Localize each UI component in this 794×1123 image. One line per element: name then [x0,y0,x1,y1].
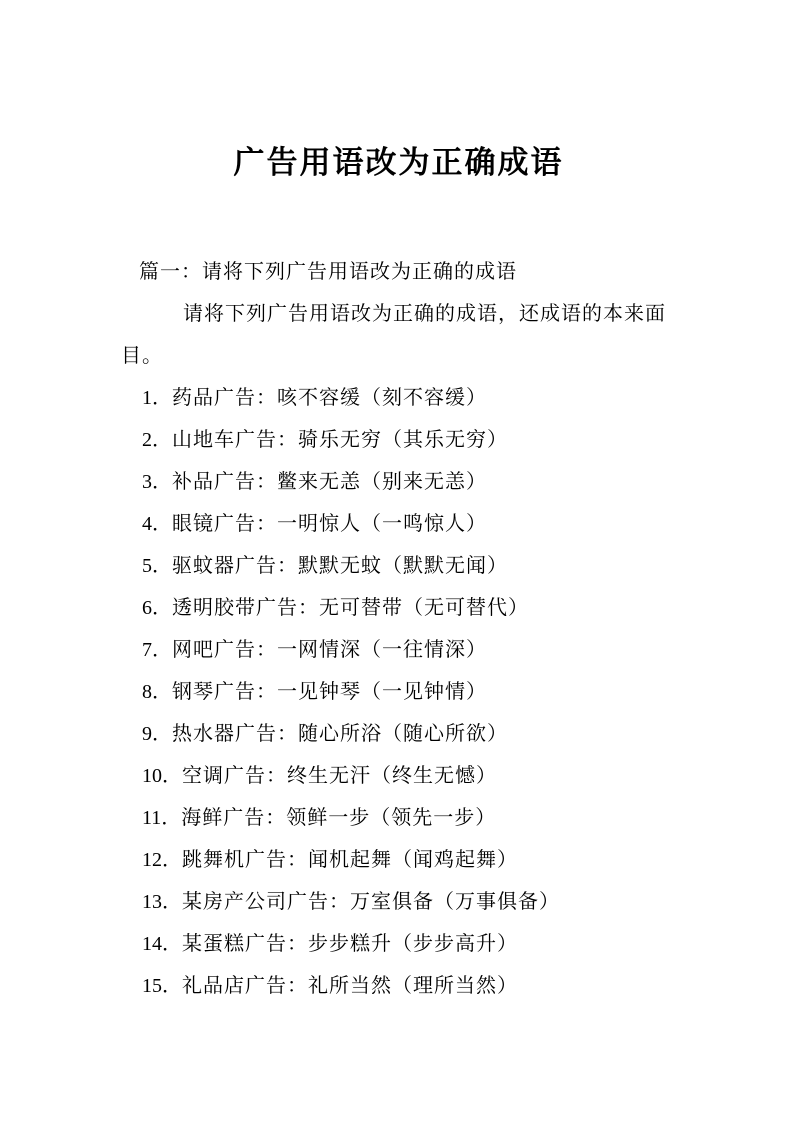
list-item-text: 空调广告：终生无汗（终生无憾） [182,765,497,787]
list-item: 6．透明胶带广告：无可替带（无可替代） [142,587,676,629]
list-item-text: 海鲜广告：领鲜一步（领先一步） [181,807,496,829]
list-item-text: 钢琴广告：一见钟琴（一见钟情） [172,681,487,703]
list-item-text: 眼镜广告：一明惊人（一鸣惊人） [172,513,487,535]
document-page: 广告用语改为正确成语 篇一：请将下列广告用语改为正确的成语 请将下列广告用语改为… [0,0,794,1123]
list-item: 9．热水器广告：随心所浴（随心所欲） [142,713,676,755]
list-item: 10．空调广告：终生无汗（终生无憾） [142,755,676,797]
list-item-text: 礼品店广告：礼所当然（理所当然） [182,975,518,997]
list-item-number: 15． [142,975,182,997]
idiom-list: 1．药品广告：咳不容缓（刻不容缓） 2．山地车广告：骑乐无穷（其乐无穷） 3．补… [121,377,676,1007]
document-title: 广告用语改为正确成语 [121,140,676,185]
list-item-text: 某房产公司广告：万室俱备（万事俱备） [182,891,560,913]
list-item: 1．药品广告：咳不容缓（刻不容缓） [142,377,676,419]
list-item-text: 补品广告：鳖来无恙（别来无恙） [172,471,487,493]
list-item-text: 山地车广告：骑乐无穷（其乐无穷） [172,429,508,451]
list-item: 11．海鲜广告：领鲜一步（领先一步） [142,797,676,839]
list-item: 4．眼镜广告：一明惊人（一鸣惊人） [142,503,676,545]
list-item-text: 驱蚊器广告：默默无蚊（默默无闻） [172,555,508,577]
list-item-text: 药品广告：咳不容缓（刻不容缓） [172,387,487,409]
list-item-text: 跳舞机广告：闻机起舞（闻鸡起舞） [182,849,518,871]
list-item: 12．跳舞机广告：闻机起舞（闻鸡起舞） [142,839,676,881]
list-item-number: 10． [142,765,182,787]
list-item: 7．网吧广告：一网情深（一往情深） [142,629,676,671]
list-item: 14．某蛋糕广告：步步糕升（步步高升） [142,923,676,965]
list-item-number: 5． [142,555,172,577]
list-item-number: 6． [142,597,172,619]
section-heading: 篇一：请将下列广告用语改为正确的成语 [121,251,676,293]
document-content: 广告用语改为正确成语 篇一：请将下列广告用语改为正确的成语 请将下列广告用语改为… [0,0,794,1007]
list-item-text: 网吧广告：一网情深（一往情深） [172,639,487,661]
list-item: 15．礼品店广告：礼所当然（理所当然） [142,965,676,1007]
list-item-number: 1． [142,387,172,409]
intro-paragraph: 请将下列广告用语改为正确的成语，还成语的本来面目。 [121,293,676,377]
list-item: 8．钢琴广告：一见钟琴（一见钟情） [142,671,676,713]
list-item-number: 4． [142,513,172,535]
list-item-number: 9． [142,723,172,745]
list-item-number: 14． [142,933,182,955]
list-item-text: 透明胶带广告：无可替带（无可替代） [172,597,529,619]
list-item-number: 11． [142,807,181,829]
list-item: 5．驱蚊器广告：默默无蚊（默默无闻） [142,545,676,587]
list-item: 2．山地车广告：骑乐无穷（其乐无穷） [142,419,676,461]
list-item-number: 12． [142,849,182,871]
list-item-number: 13． [142,891,182,913]
list-item-number: 2． [142,429,172,451]
list-item: 13．某房产公司广告：万室俱备（万事俱备） [142,881,676,923]
list-item-text: 某蛋糕广告：步步糕升（步步高升） [182,933,518,955]
list-item: 3．补品广告：鳖来无恙（别来无恙） [142,461,676,503]
list-item-text: 热水器广告：随心所浴（随心所欲） [172,723,508,745]
list-item-number: 7． [142,639,172,661]
list-item-number: 8． [142,681,172,703]
list-item-number: 3． [142,471,172,493]
